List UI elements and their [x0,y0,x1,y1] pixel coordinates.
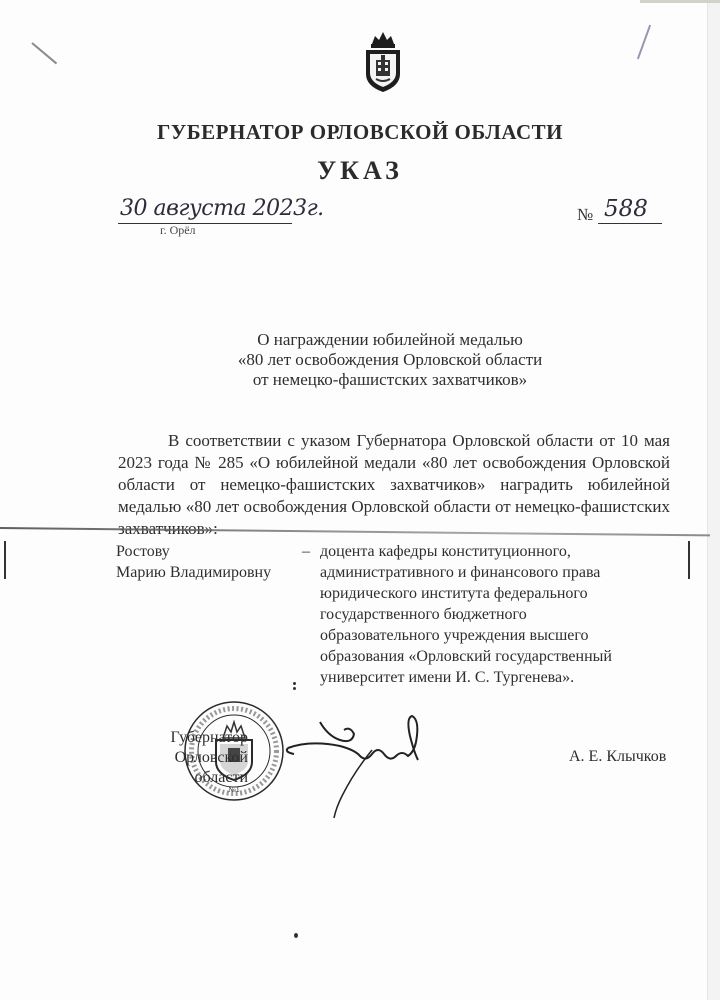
position-line: юридического института федерального [320,583,640,604]
body-paragraph: В соответствии с указом Губернатора Орло… [118,430,670,540]
signer-title-line: Губернатор [118,728,248,748]
number-label: № [577,205,593,225]
issuer-title: ГУБЕРНАТОР ОРЛОВСКОЙ ОБЛАСТИ [0,120,720,145]
position-line: административного и финансового права [320,562,640,583]
awardee-surname: Ростову [116,541,271,562]
scan-mark [4,541,6,579]
position-line: доцента кафедры конституционного, [320,541,640,562]
scan-speck [293,687,296,690]
handwritten-signature [280,712,450,822]
document-date: 30 августа 2023г. [120,196,324,221]
awardee-given-names: Марию Владимировну [116,562,271,583]
city: г. Орёл [160,223,196,238]
scan-speck [293,682,296,685]
subject-line: от немецко-фашистских захватчиков» [0,370,720,390]
page-edge [707,0,720,1000]
subject-line: О награждении юбилейной медалью [0,330,720,350]
scan-artifact [637,25,651,60]
document-subject: О награждении юбилейной медалью «80 лет … [0,330,720,390]
signer-title: Губернатор Орловской области [118,728,248,788]
document-type: УКАЗ [0,156,720,186]
position-line: университет имени И. С. Тургенева». [320,667,640,688]
scan-mark [688,541,690,579]
document-number: 588 [604,196,648,222]
scan-speck [294,933,298,938]
scan-artifact [31,42,57,64]
coat-of-arms-icon [362,30,404,94]
position-line: государственного бюджетного [320,604,640,625]
position-line: образовательного учреждения высшего [320,625,640,646]
awardee-position: доцента кафедры конституционного, админи… [320,541,640,688]
dash: – [302,541,310,562]
subject-line: «80 лет освобождения Орловской области [0,350,720,370]
position-line: образования «Орловский государственный [320,646,640,667]
signer-name: А. Е. Клычков [569,748,666,766]
scan-edge [640,0,720,3]
signer-title-line: Орловской области [118,748,248,788]
document-page: ГУБЕРНАТОР ОРЛОВСКОЙ ОБЛАСТИ УКАЗ 30 авг… [0,0,720,1000]
awardee-name: Ростову Марию Владимировну [116,541,271,583]
